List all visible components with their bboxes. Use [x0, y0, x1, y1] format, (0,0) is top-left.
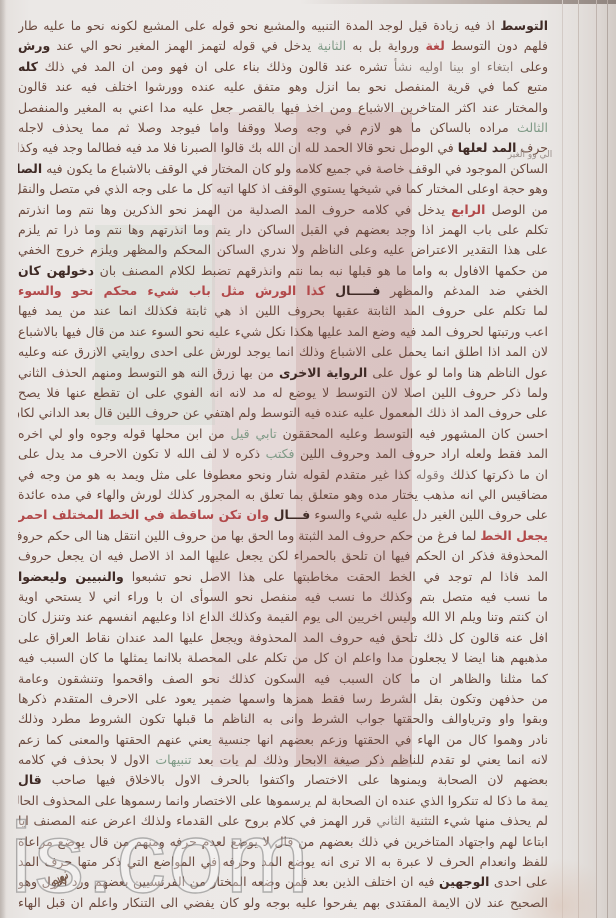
manuscript-line: لانه انما يعني لو تقدم للناظم ذكر صيغة ا…: [18, 750, 548, 770]
manuscript-line: على حروف اللين الغير دل عليه شيء والسوء …: [18, 505, 548, 525]
line-text: اذ فيه زيادة قيل لوجد المدة التنبيه والم…: [18, 18, 500, 33]
line-text: وبقوا واو وترياوالف والحقتها جواب الشرط …: [18, 711, 548, 726]
line-text: مضاقيس الي انه مذهب يختار مده وهو متعلق …: [18, 487, 548, 502]
line-text: الثانية: [317, 38, 346, 53]
line-text: متبع كما في قرية المنفصل نحو بما انزل وه…: [18, 79, 548, 94]
manuscript-line: ان ما ذكرتها كذلك وقوله كذا غير متقدم لق…: [18, 465, 548, 485]
manuscript-text-block: التوسط اذ فيه زيادة قيل لوجد المدة التنب…: [18, 10, 548, 913]
manuscript-line: تكلم على باب الهمز اذا وجد بعضهم في القب…: [18, 220, 548, 240]
line-text: بعضهم لان الصحابة ويمنوها على الاختصار و…: [42, 772, 548, 787]
manuscript-line: الثالث مراده بالساكن ما هو لازم في وجه و…: [18, 118, 548, 138]
manuscript-line: والمختار عند اكثر المتاخرين الاشباع ومن …: [18, 98, 548, 118]
line-text: وهو حجة اوعلى المختار كما في شيخها يستوي…: [18, 181, 548, 196]
manuscript-line: افل عنه قالون كل ذلك تلحق فيه حروف المد …: [18, 628, 548, 648]
line-text: على احدى: [489, 874, 548, 889]
line-text: الثالث: [517, 120, 548, 135]
line-text: مراده بالساكن ما هو لازم في وجه وصلا ووق…: [18, 120, 517, 135]
manuscript-line: على حروف المد اذ ذلك المعمول عليه عنده ف…: [18, 403, 548, 423]
manuscript-line: فلهم دون التوسط لغة ورواية بل به الثانية…: [18, 36, 548, 56]
manuscript-line: نادر وهموا كال من الهاء في الحقتها وزعم …: [18, 730, 548, 750]
line-text: من حذفهن وتكون بقل الشرط رسا فقط همزها و…: [18, 691, 548, 706]
line-text: والنبيين وليعضوا: [18, 569, 124, 584]
line-text: من حكمها الافاول به واما ما هو قبلها نبه…: [94, 263, 548, 278]
manuscript-line: بعضهم لان الصحابة ويمنوها على الاختصار و…: [18, 770, 548, 790]
watermark: is.com: [10, 808, 311, 908]
manuscript-line: كما مثلنا والظاهر ان ما كان السبب فيه ال…: [18, 669, 548, 689]
line-text: احسن كان المشهور فيه التوسط وعليه المحقق…: [277, 426, 548, 441]
rubric-text: وان تكن ساقطة في الخط المختلف احمر: [18, 507, 274, 522]
manuscript-line: لان المد اذا اطلق انما يحمل على الاشباع …: [18, 342, 548, 362]
manuscript-line: يجعل الخط لما فرغ من حكم حروف المد الثبت…: [18, 526, 548, 546]
rubric-text: الرابع: [451, 202, 485, 217]
manuscript-line: المحذوفة فذكر ان الحكم فيها ان تلحق بالح…: [18, 546, 548, 566]
line-text: تكلم على باب الهمز اذا وجد بعضهم في القب…: [18, 222, 548, 237]
line-text: كذا غير متقدم لقوله شار ونحو معطوفا على …: [18, 467, 416, 482]
binding-line: [578, 0, 579, 918]
manuscript-line: اعب ورتبتها لحروف المد فيه وضع المد عليه…: [18, 322, 548, 342]
line-text: فلهم دون التوسط: [445, 38, 548, 53]
manuscript-line: ما نسب فيه متصل بتم وكذلك ما نسب فيه منف…: [18, 587, 548, 607]
line-text: ابتغاء او بينا اوليه نشأ: [394, 59, 514, 74]
line-text: الرواية الاخرى: [279, 365, 367, 380]
line-text: الثاني: [376, 813, 405, 828]
line-text: لانه انما يعني لو تقدم للناظم ذكر صيغة ا…: [192, 752, 549, 767]
page-top-edge: [300, 0, 616, 4]
manuscript-line: المد فقط ولعله اراد حروف المد وحروف اللي…: [18, 444, 548, 464]
line-text: على حروف اللين الغير دل عليه شيء والسوء: [310, 507, 548, 522]
line-text: ما نسب فيه متصل بتم وكذلك ما نسب فيه منف…: [18, 589, 548, 604]
manuscript-line: من حكمها الافاول به واما ما هو قبلها نبه…: [18, 261, 548, 281]
line-text: فـــــال: [335, 283, 380, 298]
line-text: المد فاذا لم توجد في الخط الحقت مخاطبتها…: [124, 569, 548, 584]
line-text: ورش: [18, 38, 50, 53]
manuscript-line: الساكن الموجود في الوقف خاصة في جميع كلا…: [18, 159, 548, 179]
line-text: الصلاة: [18, 161, 42, 176]
line-text: لم يحذف منها شيء التثنية: [405, 813, 548, 828]
manuscript-line: مذهبهم هنا ايضا لا يجعلون مدا واعلم ان ك…: [18, 648, 548, 668]
line-text: ذكره لا لف الله لا تكون الاحرف مد يدل عل…: [18, 446, 266, 461]
manuscript-line: احسن كان المشهور فيه التوسط وعليه المحقق…: [18, 424, 548, 444]
rubric-text: كذا الورش مثل باب شيء محكم نحو والسوء: [18, 283, 335, 298]
binding-line: [562, 0, 563, 918]
line-text: ورواية بل به: [346, 38, 425, 53]
line-text: وعلى: [513, 59, 548, 74]
line-text: ان ما ذكرتها كذلك: [445, 467, 548, 482]
line-text: المحذوفة فذكر ان الحكم فيها ان تلحق بالح…: [18, 548, 548, 563]
manuscript-line: لما تكلم على حروف المد الثابتة عقبها بحر…: [18, 301, 548, 321]
line-text: لما فرغ من حكم حروف المد الثبتة وما الحق…: [18, 528, 480, 543]
line-text: مذهبهم هنا ايضا لا يجعلون مدا واعلم ان ك…: [18, 650, 548, 665]
manuscript-line: ان كنتم وتنا ويلم الا الله وليس اخريين ا…: [18, 607, 548, 627]
manuscript-line: ولما ذكر حروف اللين اصلا لان التوسط لا ي…: [18, 383, 548, 403]
line-text: كله: [18, 59, 38, 74]
line-text: المد فقط ولعله اراد حروف المد وحروف اللي…: [295, 446, 548, 461]
line-text: يدخل في قوله لتهمز الهمز المغير نحو الي …: [50, 38, 317, 53]
line-text: اعب ورتبتها لحروف المد فيه وضع المد عليه…: [18, 324, 548, 339]
line-text: تابي قيل: [230, 426, 276, 441]
line-text: في الوصل نحو قالا الحمد لله ان الله بك ق…: [18, 140, 458, 155]
line-text: من ابن محلها قوله وجوه واو لي اخره: [18, 426, 230, 441]
manuscript-line: متبع كما في قرية المنفصل نحو بما انزل وه…: [18, 77, 548, 97]
manuscript-line: حرف المد لعلها في الوصل نحو قالا الحمد ل…: [18, 138, 548, 158]
line-text: لما تكلم على حروف المد الثابتة عقبها بحر…: [18, 303, 548, 318]
manuscript-line: مضاقيس الي انه مذهب يختار مده وهو متعلق …: [18, 485, 548, 505]
manuscript-line: وهو حجة اوعلى المختار كما في شيخها يستوي…: [18, 179, 548, 199]
line-text: تنبيهات: [155, 752, 191, 767]
manuscript-line: من حذفهن وتكون بقل الشرط رسا فقط همزها و…: [18, 689, 548, 709]
line-text: على حروف المد اذ ذلك المعمول عليه عنده ف…: [18, 405, 548, 420]
line-text: كما مثلنا والظاهر ان ما كان السبب فيه ال…: [18, 671, 548, 686]
line-text: من الوصل: [485, 202, 548, 217]
line-text: ولما ذكر حروف اللين اصلا لان التوسط لا ي…: [18, 385, 548, 400]
line-text: الساكن الموجود في الوقف خاصة في جميع كلا…: [42, 161, 548, 176]
manuscript-line: المد فاذا لم توجد في الخط الحقت مخاطبتها…: [18, 567, 548, 587]
manuscript-line: من الوصل الرابع يدخل في كلامه حروف المد …: [18, 200, 548, 220]
line-text: يدخل في كلامه حروف المد الصدلية من الهمز…: [18, 202, 451, 217]
manuscript-line: وبقوا واو وترياوالف والحقتها جواب الشرط …: [18, 709, 548, 729]
manuscript-page: التوسط اذ فيه زيادة قيل لوجد المدة التنب…: [0, 0, 616, 918]
line-text: قال: [18, 772, 42, 787]
line-text: فكتب: [266, 446, 295, 461]
manuscript-line: وعلى ابتغاء او بينا اوليه نشأ تشره عند ق…: [18, 57, 548, 77]
line-text: نادر وهموا كال من الهاء في الحقتها وزعم …: [18, 732, 548, 747]
line-text: الوجهين: [439, 874, 489, 889]
rubric-text: لغة: [425, 38, 444, 53]
line-text: ان كنتم وتنا ويلم الا الله وليس اخريين ا…: [18, 609, 548, 624]
manuscript-line: الخفي ضد المدغم والمظهر فـــــال كذا الو…: [18, 281, 548, 301]
line-text: الاول لا بحذف في كلامه: [18, 752, 155, 767]
binding-line: [596, 0, 597, 918]
line-text: والمختار عند اكثر المتاخرين الاشباع ومن …: [18, 100, 548, 115]
line-text: فـــال: [274, 507, 311, 522]
line-text: الخفي ضد المدغم والمظهر: [380, 283, 548, 298]
line-text: لان المد اذا اطلق انما يحمل على الاشباع …: [18, 344, 548, 359]
page-gutter-shadow: [0, 0, 6, 918]
line-text: تشره عند قالون وذلك بناء على ان فهو ومن …: [38, 59, 394, 74]
line-text: من بها زرق النه هو التوسط ومنهم الحذف ال…: [18, 365, 279, 380]
line-text: على هذا التقدير الاعتراض عليه وعلى الناظ…: [18, 242, 548, 257]
line-text: دخولهن كان: [18, 263, 94, 278]
line-text: وقوله: [416, 467, 445, 482]
marginal-note: الي وو الغير: [500, 150, 560, 160]
line-text: عول الناظم هنا واما لو عول على: [367, 365, 548, 380]
manuscript-line: على هذا التقدير الاعتراض عليه وعلى الناظ…: [18, 240, 548, 260]
binding-line: [607, 0, 608, 918]
manuscript-line: عول الناظم هنا واما لو عول على الرواية ا…: [18, 363, 548, 383]
line-text: التوسط: [500, 18, 548, 33]
manuscript-line: التوسط اذ فيه زيادة قيل لوجد المدة التنب…: [18, 16, 548, 36]
line-text: افل عنه قالون كل ذلك تلحق فيه حروف المد …: [18, 630, 548, 645]
rubric-text: يجعل الخط: [480, 528, 548, 543]
